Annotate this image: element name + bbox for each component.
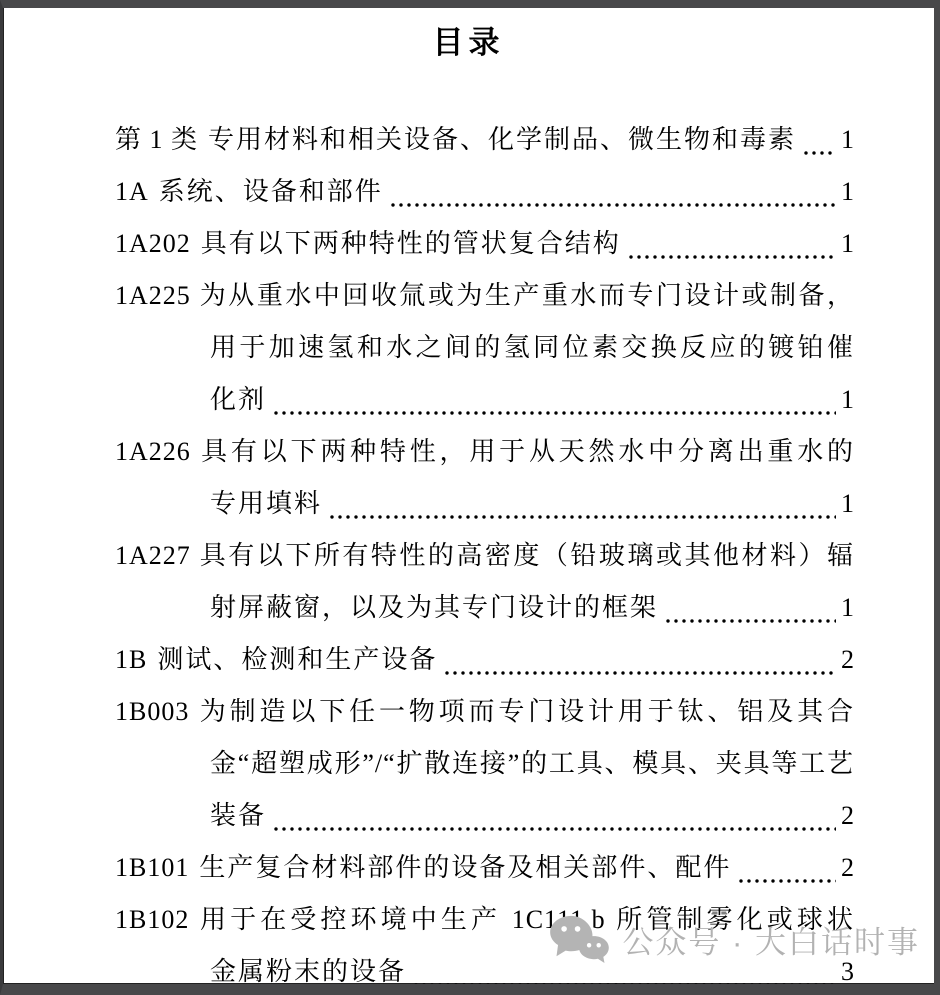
toc-entry-1b: 1B 测试、检测和生产设备 2	[115, 634, 854, 686]
dot-leader	[629, 255, 836, 259]
toc-entry-1b101: 1B101 生产复合材料部件的设备及相关部件、配件 2	[115, 842, 854, 894]
dot-leader	[739, 879, 836, 883]
entry-text: 生产复合材料部件的设备及相关部件、配件	[199, 842, 731, 894]
entry-code: 1A	[115, 166, 149, 218]
toc-entry-1a225-line1: 1A225 为从重水中回收氚或为生产重水而专门设计或制备，	[115, 270, 854, 322]
entry-text: 为制造以下任一物项而专门设计用于钛、铝及其合	[200, 697, 854, 726]
entry-text: 系统、设备和部件	[159, 166, 383, 218]
page-number: 2	[841, 634, 854, 686]
page-title: 目录	[3, 20, 934, 66]
page-number: 1	[841, 218, 854, 270]
page-number: 1	[841, 478, 854, 530]
page-number: 1	[841, 374, 854, 426]
toc-entry-1a: 1A 系统、设备和部件 1	[115, 166, 854, 218]
entry-text: 具有以下两种特性的管状复合结构	[201, 218, 621, 270]
entry-code: 1A202	[115, 218, 191, 270]
dot-leader	[445, 671, 836, 675]
dot-leader	[414, 983, 836, 987]
entry-code: 1A225	[115, 281, 191, 310]
entry-text: 具有以下所有特性的高密度（铅玻璃或其他材料）辐	[200, 541, 854, 570]
toc-entry-1a225-line2: 用于加速氢和水之间的氢同位素交换反应的镀铂催	[115, 322, 854, 374]
dot-leader	[804, 151, 836, 155]
entry-text: 装备	[210, 790, 266, 842]
dot-leader	[391, 203, 836, 207]
toc-entry-1a225-line3: 化剂 1	[115, 374, 854, 426]
page-number: 1	[841, 166, 854, 218]
toc-entry-1b003-line3: 装备 2	[115, 790, 854, 842]
entry-text: 专用填料	[210, 478, 322, 530]
entry-text: 具有以下两种特性，用于从天然水中分离出重水的	[201, 437, 854, 466]
toc-entry-1a227-line1: 1A227 具有以下所有特性的高密度（铅玻璃或其他材料）辐	[115, 530, 854, 582]
dot-leader	[274, 411, 836, 415]
wechat-icon	[548, 914, 610, 964]
entry-text: 专用材料和相关设备、化学制品、微生物和毒素	[208, 114, 796, 166]
entry-code: 1B	[115, 634, 147, 686]
entry-code: 1A227	[115, 541, 191, 570]
entry-code: 1B101	[115, 842, 189, 894]
watermark: 公众号 · 大白话时事	[548, 914, 920, 964]
dot-leader	[666, 619, 836, 623]
page-number: 1	[841, 582, 854, 634]
page-number: 2	[841, 842, 854, 894]
entry-code: 1B003	[115, 697, 189, 726]
watermark-text: 公众号 · 大白话时事	[622, 917, 920, 962]
toc-entry-1a226-line2: 专用填料 1	[115, 478, 854, 530]
entry-text: 金属粉末的设备	[210, 946, 406, 995]
toc-entry-1b003-line2: 金“超塑成形”/“扩散连接”的工具、模具、夹具等工艺	[115, 738, 854, 790]
document-page: 目录 第 1 类 专用材料和相关设备、化学制品、微生物和毒素 1 1A 系统、设…	[0, 0, 940, 995]
page-number: 1	[841, 114, 854, 166]
toc-entry-class1: 第 1 类 专用材料和相关设备、化学制品、微生物和毒素 1	[115, 114, 854, 166]
dot-leader	[274, 827, 836, 831]
page-number: 2	[841, 790, 854, 842]
dot-leader	[330, 515, 836, 519]
entry-text: 为从重水中回收氚或为生产重水而专门设计或制备，	[200, 281, 854, 310]
table-of-contents: 第 1 类 专用材料和相关设备、化学制品、微生物和毒素 1 1A 系统、设备和部…	[3, 114, 934, 995]
entry-code: 第 1 类	[115, 114, 198, 166]
toc-entry-1a226-line1: 1A226 具有以下两种特性，用于从天然水中分离出重水的	[115, 426, 854, 478]
entry-code: 1A226	[115, 437, 191, 466]
entry-code: 1B102	[115, 905, 189, 934]
entry-text: 化剂	[210, 374, 266, 426]
entry-text: 射屏蔽窗，以及为其专门设计的框架	[210, 582, 658, 634]
toc-entry-1a227-line2: 射屏蔽窗，以及为其专门设计的框架 1	[115, 582, 854, 634]
toc-entry-1b003-line1: 1B003 为制造以下任一物项而专门设计用于钛、铝及其合	[115, 686, 854, 738]
entry-text: 测试、检测和生产设备	[157, 634, 437, 686]
toc-entry-1a202: 1A202 具有以下两种特性的管状复合结构 1	[115, 218, 854, 270]
